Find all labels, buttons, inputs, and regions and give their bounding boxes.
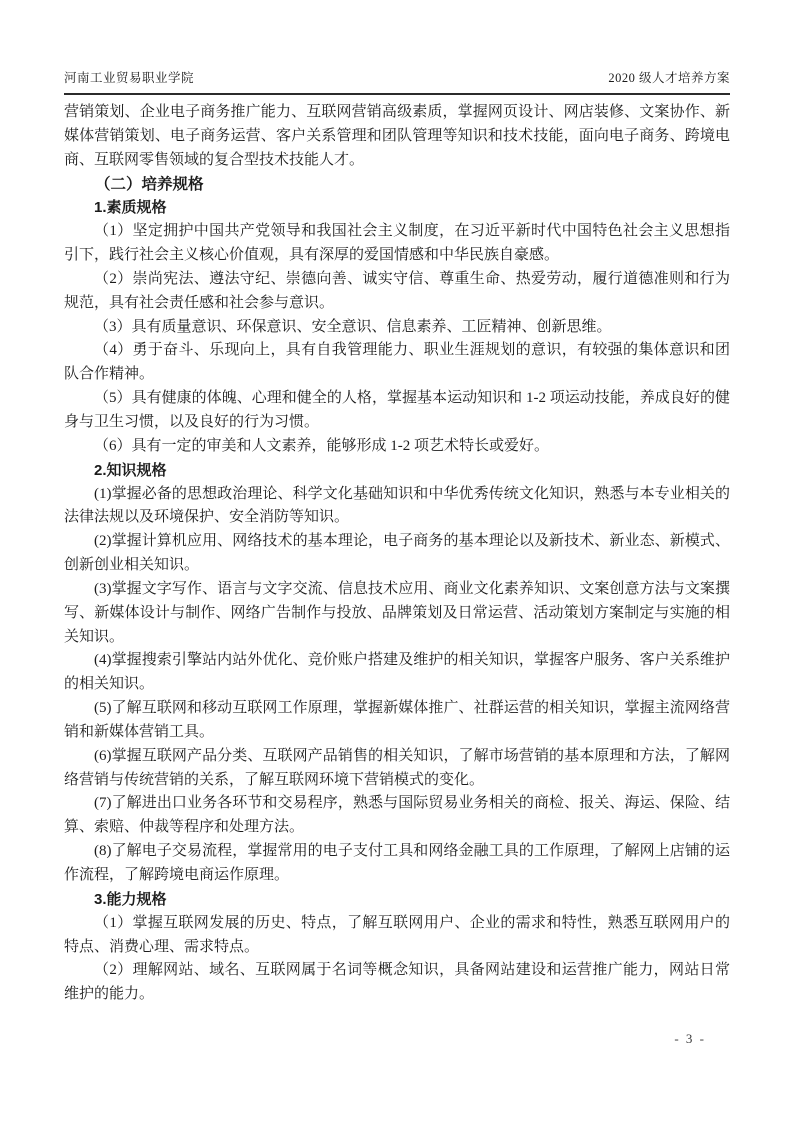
- paragraph: (8)了解电子交易流程，掌握常用的电子支付工具和网络金融工具的工作原理，了解网上…: [64, 840, 730, 888]
- page-footer: - 3 -: [0, 1031, 706, 1047]
- paragraph: （2）崇尚宪法、遵法守纪、崇德向善、诚实守信、尊重生命、热爱劳动，履行道德准则和…: [64, 268, 730, 316]
- header-document-title: 2020 级人才培养方案: [608, 68, 730, 86]
- paragraph: (2)掌握计算机应用、网络技术的基本理论，电子商务的基本理论以及新技术、新业态、…: [64, 530, 730, 578]
- section-heading: 3.能力规格: [64, 888, 730, 912]
- section-heading: 2.知识规格: [64, 459, 730, 483]
- paragraph: (6)掌握互联网产品分类、互联网产品销售的相关知识，了解市场营销的基本原理和方法…: [64, 745, 730, 793]
- paragraph: (1)掌握必备的思想政治理论、科学文化基础知识和中华优秀传统文化知识，熟悉与本专…: [64, 483, 730, 531]
- paragraph: （3）具有质量意识、环保意识、安全意识、信息素养、工匠精神、创新思维。: [64, 316, 730, 340]
- header-school-name: 河南工业贸易职业学院: [64, 68, 194, 86]
- document-body: 营销策划、企业电子商务推广能力、互联网营销高级素质，掌握网页设计、网店装修、文案…: [64, 101, 730, 1007]
- paragraph: (5)了解互联网和移动互联网工作原理，掌握新媒体推广、社群运营的相关知识，掌握主…: [64, 697, 730, 745]
- page-number: - 3 -: [674, 1031, 706, 1046]
- paragraph: （5）具有健康的体魄、心理和健全的人格，掌握基本运动知识和 1-2 项运动技能，…: [64, 387, 730, 435]
- paragraph: （2）理解网站、域名、互联网属于名词等概念知识，具备网站建设和运营推广能力，网站…: [64, 959, 730, 1007]
- paragraph: （1）掌握互联网发展的历史、特点，了解互联网用户、企业的需求和特性，熟悉互联网用…: [64, 912, 730, 960]
- paragraph: （6）具有一定的审美和人文素养，能够形成 1-2 项艺术特长或爱好。: [64, 435, 730, 459]
- paragraph: (3)掌握文字写作、语言与文字交流、信息技术应用、商业文化素养知识、文案创意方法…: [64, 578, 730, 650]
- paragraph: (7)了解进出口业务各环节和交易程序，熟悉与国际贸易业务相关的商检、报关、海运、…: [64, 792, 730, 840]
- paragraph: （1）坚定拥护中国共产党领导和我国社会主义制度，在习近平新时代中国特色社会主义思…: [64, 220, 730, 268]
- page-header: 河南工业贸易职业学院 2020 级人才培养方案: [64, 68, 730, 95]
- section-heading: 1.素质规格: [64, 196, 730, 220]
- paragraph: 营销策划、企业电子商务推广能力、互联网营销高级素质，掌握网页设计、网店装修、文案…: [64, 101, 730, 173]
- paragraph: (4)掌握搜索引擎站内站外优化、竞价账户搭建及维护的相关知识，掌握客户服务、客户…: [64, 649, 730, 697]
- section-heading: （二）培养规格: [64, 173, 730, 197]
- document-page: 河南工业贸易职业学院 2020 级人才培养方案 营销策划、企业电子商务推广能力、…: [0, 0, 793, 1122]
- paragraph: （4）勇于奋斗、乐现向上，具有自我管理能力、职业生涯规划的意识，有较强的集体意识…: [64, 339, 730, 387]
